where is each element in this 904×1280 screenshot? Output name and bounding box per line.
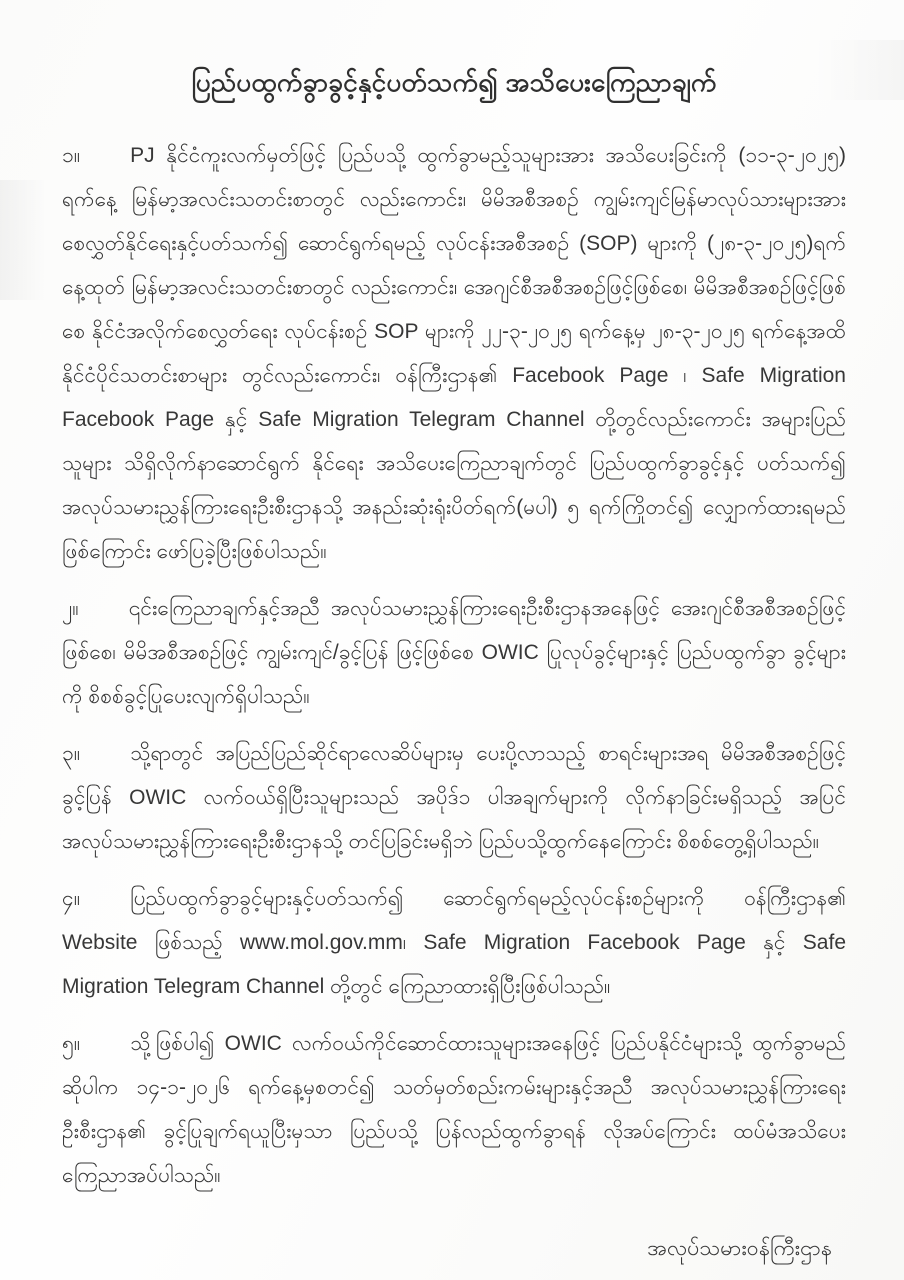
paragraph-1-number: ၁။ xyxy=(62,134,80,178)
paragraph-1: ၁။PJ နိုင်ငံကူးလက်မှတ်ဖြင့် ပြည်ပသို့ ထွ… xyxy=(62,134,846,574)
paragraph-3-number: ၃။ xyxy=(62,732,80,776)
paragraph-5-text: သို့ဖြစ်ပါ၍ OWIC လက်ဝယ်ကိုင်ဆောင်ထားသူမျ… xyxy=(62,1032,846,1187)
paragraph-1-text: PJ နိုင်ငံကူးလက်မှတ်ဖြင့် ပြည်ပသို့ ထွက်… xyxy=(62,144,846,563)
paragraph-4-number: ၄။ xyxy=(62,877,80,921)
document-title: ပြည်ပထွက်ခွာခွင့်နှင့်ပတ်သက်၍ အသိပေးကြေည… xyxy=(62,60,846,104)
paragraph-5-number: ၅။ xyxy=(62,1022,80,1066)
paragraph-5: ၅။သို့ဖြစ်ပါ၍ OWIC လက်ဝယ်ကိုင်ဆောင်ထားသူ… xyxy=(62,1022,846,1198)
paragraph-4-text: ပြည်ပထွက်ခွာခွင့်များနှင့်ပတ်သက်၍ ဆောင်ရ… xyxy=(62,887,846,998)
scanned-document-page: ပြည်ပထွက်ခွာခွင့်နှင့်ပတ်သက်၍ အသိပေးကြေည… xyxy=(0,0,904,1280)
paragraph-2-number: ၂။ xyxy=(62,587,79,631)
paragraph-4: ၄။ပြည်ပထွက်ခွာခွင့်များနှင့်ပတ်သက်၍ ဆောင… xyxy=(62,877,846,1009)
paragraph-3: ၃။သို့ရာတွင် အပြည်ပြည်ဆိုင်ရာလေဆိပ်များမ… xyxy=(62,732,846,864)
scan-artifact xyxy=(0,180,46,300)
paragraph-2: ၂။၎င်းကြေညာချက်နှင့်အညီ အလုပ်သမားညွှန်ကြ… xyxy=(62,587,846,719)
signature-ministry-of-labour: အလုပ်သမားဝန်ကြီးဌာန xyxy=(62,1226,846,1270)
paragraph-3-text: သို့ရာတွင် အပြည်ပြည်ဆိုင်ရာလေဆိပ်များမှ … xyxy=(62,742,846,853)
paragraph-2-text: ၎င်းကြေညာချက်နှင့်အညီ အလုပ်သမားညွှန်ကြား… xyxy=(62,597,846,708)
